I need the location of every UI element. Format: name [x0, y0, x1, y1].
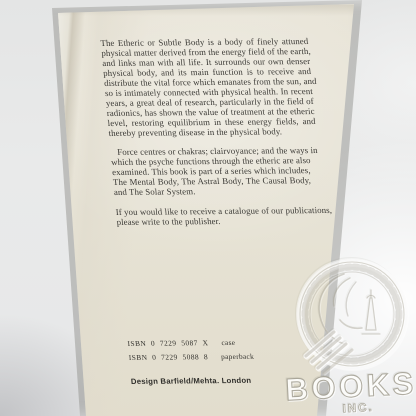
isbn-binding-label: case — [221, 338, 236, 347]
seller-watermark: BOOKS INC. — [280, 256, 416, 416]
cover-text-line: The Mental Body, The Astral Body, The Ca… — [113, 175, 312, 187]
blurb-paragraph-2: Force centres or chakras; clairvoyance; … — [110, 145, 312, 197]
isbn-number: ISBN 0 7229 5087 X — [127, 338, 209, 348]
isbn-number: ISBN 0 7229 5088 8 — [128, 352, 208, 362]
watermark-emblem-icon — [300, 262, 404, 373]
blurb-paragraph-1: The Etheric or Subtle Body is a body of … — [100, 36, 317, 138]
cover-text-line: please write to the publisher. — [116, 215, 309, 227]
book-photo: The Etheric or Subtle Body is a body of … — [0, 0, 416, 416]
lighthouse-icon — [362, 290, 380, 334]
isbn-binding-label: paperback — [221, 352, 255, 361]
watermark-books-text: BOOKS — [285, 366, 416, 408]
watermark-wordmark: BOOKS INC. — [285, 366, 416, 416]
cover-text-line: thereby preventing disease in the physic… — [108, 126, 317, 138]
catalogue-note: If you would like to receive a catalogue… — [115, 205, 309, 227]
watermark-inc-text: INC. — [342, 402, 374, 416]
cover-text-line: and The Solar System. — [113, 185, 312, 197]
